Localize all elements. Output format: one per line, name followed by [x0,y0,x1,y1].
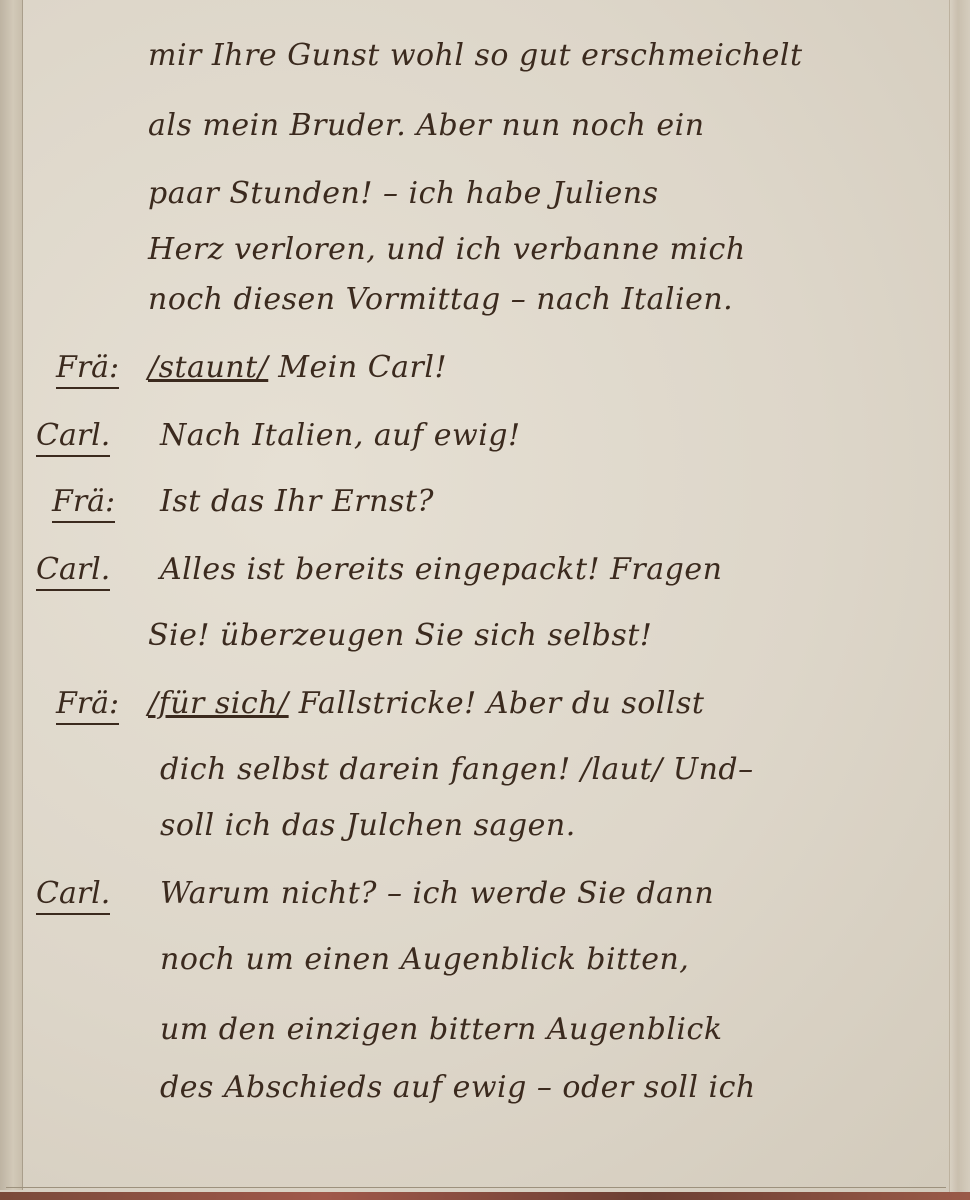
stage-direction: /staunt/ [148,350,268,385]
manuscript-page: mir Ihre Gunst wohl so gut erschmeichelt… [0,0,970,1200]
stage-direction: /für sich/ [148,686,289,721]
speaker-label: Frä: [56,686,119,725]
text-line: noch diesen Vormittag – nach Italien. [148,282,733,317]
dialogue-line: Nach Italien, auf ewig! [160,418,521,453]
text-line: noch um einen Augenblick bitten, [160,942,689,977]
speaker-label: Carl. [36,418,110,457]
page-binding-edge [0,0,23,1190]
speaker-label: Carl. [36,552,110,591]
speaker-label: Carl. [36,876,110,915]
page-bottom-rule [6,1187,946,1188]
text-line: paar Stunden! – ich habe Juliens [148,176,658,211]
dialogue-line: Alles ist bereits eingepackt! Fragen [160,552,722,587]
speaker-label: Frä: [52,484,115,523]
dialogue-line: Warum nicht? – ich werde Sie dann [160,876,714,911]
dialogue-line: /für sich/ Fallstricke! Aber du sollst [148,686,704,721]
text-line: des Abschieds auf ewig – oder soll ich [160,1070,756,1105]
dialogue-line: /staunt/ Mein Carl! [148,350,447,385]
text-line: Herz verloren, und ich verbanne mich [148,232,746,267]
text-line: soll ich das Julchen sagen. [160,808,576,843]
dialogue-line: Ist das Ihr Ernst? [160,484,434,519]
text-line: um den einzigen bittern Augenblick [160,1012,723,1047]
text-line: als mein Bruder. Aber nun noch ein [148,108,705,143]
text-line: dich selbst darein fangen! /laut/ Und– [160,752,754,787]
text-line: mir Ihre Gunst wohl so gut erschmeichelt [148,38,803,73]
book-cover-edge [0,1192,970,1200]
page-right-edge [949,0,970,1200]
dialogue-text: Fallstricke! Aber du sollst [299,686,705,721]
text-line: Sie! überzeugen Sie sich selbst! [148,618,652,653]
dialogue-text: Mein Carl! [278,350,447,385]
speaker-label: Frä: [56,350,119,389]
